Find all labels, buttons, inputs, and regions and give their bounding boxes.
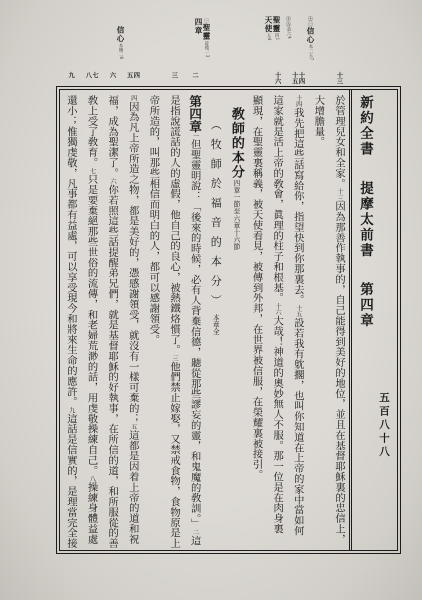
text-column-v12-13: 於管理兒女和全家。十三因為那善作執事的，自己能得到美好的地位，並且在基督耶穌裏的… <box>328 95 349 550</box>
scripture-text: 是指說謊話的人的虛假，他自己的良心，被熱鐵烙慣了。 <box>168 95 180 355</box>
note-keyword: 聖靈 <box>272 16 281 33</box>
scripture-text: 因為凡上帝所造之物，都是美好的，憑感謝領受，就沒有一樣可棄的； <box>127 101 139 423</box>
title-chapter: 第四章 <box>357 282 373 329</box>
scripture-text: 這話是信實的，是理當完全接 <box>65 413 77 548</box>
note-keyword: 信心 <box>116 26 125 43</box>
title-band: 新約全書 提摩太前書 第四章 五百八十八 <box>349 90 397 550</box>
text-column-v5-6: 福，成為聖潔了。六你若照這些話提醒弟兄們，就是基督耶穌的好執事，在所信的道，和所… <box>102 95 123 550</box>
text-column-v16-end: 顯現，在聖靈裏稱義，被天使看見，被傳到外邦，在世界被信服，在榮耀裏被接引。 <box>246 95 267 550</box>
book-page-photo: ㊉㊁信心本二五7㊉㊄弟六4聖靈四1天使五4㊀聖靈徒後一3四章信心本傳二6 十三十… <box>0 0 422 600</box>
note-keyword: 聖靈 <box>202 24 211 41</box>
scripture-text: 因為那善作執事的，自己能得到美好的地位，並且在基督耶穌裏的忠信上， <box>333 201 345 544</box>
note-keyword: ㊉㊁ <box>307 16 313 27</box>
verse-label-number: 七 <box>90 72 97 78</box>
scripture-text: 我先把這些話寫給你，指望快到你那裏去。 <box>292 107 304 305</box>
verse-label-number: 八 <box>84 72 91 78</box>
margin-note-column: 信心本傳二6 <box>116 26 124 59</box>
verse-label-number: 五 <box>125 72 132 78</box>
verse-number: 十五 <box>295 305 302 317</box>
verse-label: 四五 <box>125 72 139 78</box>
heading-text: 敎師的本分 <box>229 107 244 180</box>
text-column-v7-8: 敎上受了敎育。七只是要棄絕那些世俗的流傳，和老婦荒渺的話，用虔敬操練自己。八操練… <box>81 95 102 550</box>
note-keyword: 天使 <box>264 16 273 33</box>
scripture-text: 但聖靈明說：「後來的時候，必有人背棄信德，聽從那些謬妄的靈，和鬼魔的敎訓。」 <box>189 139 201 529</box>
margin-note-column: ㊉㊁信心本二五7 <box>306 16 314 60</box>
verse-label-number: 二 <box>190 72 197 78</box>
margin-note: 信心本傳二6 <box>116 26 124 59</box>
text-column-v8-9: 還小；惟獨虔敬，凡事都有益處，可以享受現今和將來生命的應許。九這話是信實的，是理… <box>60 95 81 550</box>
margin-note: 聖靈四1天使五4 <box>264 16 280 40</box>
note-reference: 本二五7 <box>308 44 313 60</box>
note-reference: 五4 <box>266 33 271 40</box>
verse-label-number: 六 <box>108 72 115 78</box>
scripture-text: 只是要棄絕那些世俗的流傳，和老婦荒渺的話，用虔敬操練自己。 <box>86 174 98 476</box>
text-column-v15-16: 這家就是活上帝的敎會，眞理的柱子和根基。十六大哉！神道的奧妙無人不服。那一位是在… <box>267 95 288 550</box>
sub-heading-column: （牧師於福音的本分）本章全 <box>205 95 226 550</box>
verse-label: 十六 <box>273 72 280 84</box>
note-reference: 徒後一3 <box>204 41 209 57</box>
margin-note-column: 四章 <box>194 18 202 57</box>
scripture-text: 福，成為聖潔了。 <box>106 95 118 178</box>
section-heading-column: 敎師的本分四章一節至六章十六節 <box>225 95 246 550</box>
text-column-v14-15: 十四我先把這些話寫給你，指望快到你那裏去。十五設若我有躭擱，也叫你知道在上帝的家… <box>287 95 308 550</box>
scripture-text: （牧師於福音的本分） <box>209 119 222 314</box>
text-column-v3-end: 帝所造的，叫那些相信而明白的人，都可以感謝領受。 <box>143 95 164 550</box>
scripture-text: 敎上受了敎育。 <box>86 95 98 168</box>
scripture-text: 於管理兒女和全家。 <box>333 95 345 189</box>
scripture-text: 這都是因着上帝的道和祝 <box>127 430 139 544</box>
note-reference: 弟六4 <box>286 27 291 39</box>
text-column-v4-5: 四因為凡上帝所造之物，都是美好的，憑感謝領受，就沒有一樣可棄的；五這都是因着上帝… <box>122 95 143 550</box>
title-epistle: 提摩太前書 <box>357 181 373 259</box>
verse-label-number: 十三 <box>335 72 342 84</box>
verse-number: 十四 <box>295 95 302 107</box>
title-book: 新約全書 <box>357 95 373 157</box>
note-keyword: 四章 <box>194 18 203 35</box>
margin-note-column: 天使五4 <box>264 16 272 40</box>
scripture-text: 帝所造的，叫那些相信而明白的人，都可以感謝領受。 <box>147 95 159 345</box>
note-keyword: 信心 <box>306 27 315 44</box>
margin-note: ㊉㊄弟六4 <box>284 16 292 39</box>
margin-note-column: ㊉㊄弟六4 <box>284 16 292 39</box>
scripture-text: 你若照這些話提醒弟兄們，就是基督耶穌的好執事，在所信的道，和所服從的善 <box>106 184 118 548</box>
verse-label: 七八 <box>84 72 98 78</box>
scripture-text: 大哉！神道的奧妙無人不服。那一位是在肉身裏 <box>271 315 283 533</box>
text-column-v13-end: 大增膽量。 <box>308 95 329 550</box>
text-columns: 於管理兒女和全家。十三因為那善作執事的，自己能得到美好的地位，並且在基督耶穌裏的… <box>60 90 349 550</box>
verse-label: 三 <box>170 72 177 78</box>
verse-label: 六 <box>108 72 115 78</box>
scripture-text: 四章一節至六章十六節 <box>232 180 240 251</box>
scripture-text: 還小；惟獨虔敬，凡事都有益處，可以享受現今和將來生命的應許。 <box>65 95 77 407</box>
scripture-text: 大增膽量。 <box>312 95 324 147</box>
verse-label-number: 三 <box>170 72 177 78</box>
verse-label: 十四十五 <box>290 72 304 84</box>
book-title: 新約全書 提摩太前書 第四章 <box>356 95 374 328</box>
verse-label-number: 九 <box>66 72 73 78</box>
heading-text: 第四章 <box>188 95 203 133</box>
chapter4-column-v1-2: 第四章一但聖靈明說：「後來的時候，必有人背棄信德，聽從那些謬妄的靈，和鬼魔的敎訓… <box>184 95 205 550</box>
note-keyword: ㊉㊄ <box>285 16 291 27</box>
scripture-text: 顯現，在聖靈裏稱義，被天使看見，被傳到外邦，在世界被信服，在榮耀裏被接引。 <box>251 95 263 480</box>
verse-label: 十三 <box>335 72 342 84</box>
verse-label-number: 十五 <box>290 72 297 84</box>
page-number: 五百八十八 <box>378 392 390 460</box>
scripture-text: 他們禁止嫁娶，又禁戒食物，食物原是上 <box>168 361 180 548</box>
scripture-text: 這 <box>189 535 201 545</box>
verse-label-number: 十六 <box>273 72 280 84</box>
verse-number: 十三 <box>336 189 343 201</box>
note-reference: 本傳二6 <box>118 43 123 59</box>
margin-note: ㊀聖靈徒後一3四章 <box>194 18 210 57</box>
scripture-text: 這家就是活上帝的敎會，眞理的柱子和根基。 <box>271 95 283 303</box>
margin-note-column: ㊀聖靈徒後一3 <box>202 18 210 57</box>
verse-label: 九 <box>66 72 73 78</box>
margin-note-column: 聖靈四1 <box>272 16 280 40</box>
scripture-text: 本章全 <box>211 314 219 335</box>
page-frame: 新約全書 提摩太前書 第四章 五百八十八 於管理兒女和全家。十三因為那善作執事的… <box>56 86 401 554</box>
note-reference: 四1 <box>274 33 279 40</box>
margin-note: ㊉㊁信心本二五7 <box>306 16 314 60</box>
scripture-text: 操練身體益處 <box>86 482 98 544</box>
text-column-v2-3: 是指說謊話的人的虛假，他自己的良心，被熱鐵烙慣了。三他們禁止嫁娶，又禁戒食物，食… <box>163 95 184 550</box>
verse-label: 二 <box>190 72 197 78</box>
verse-number: 十六 <box>274 303 281 315</box>
